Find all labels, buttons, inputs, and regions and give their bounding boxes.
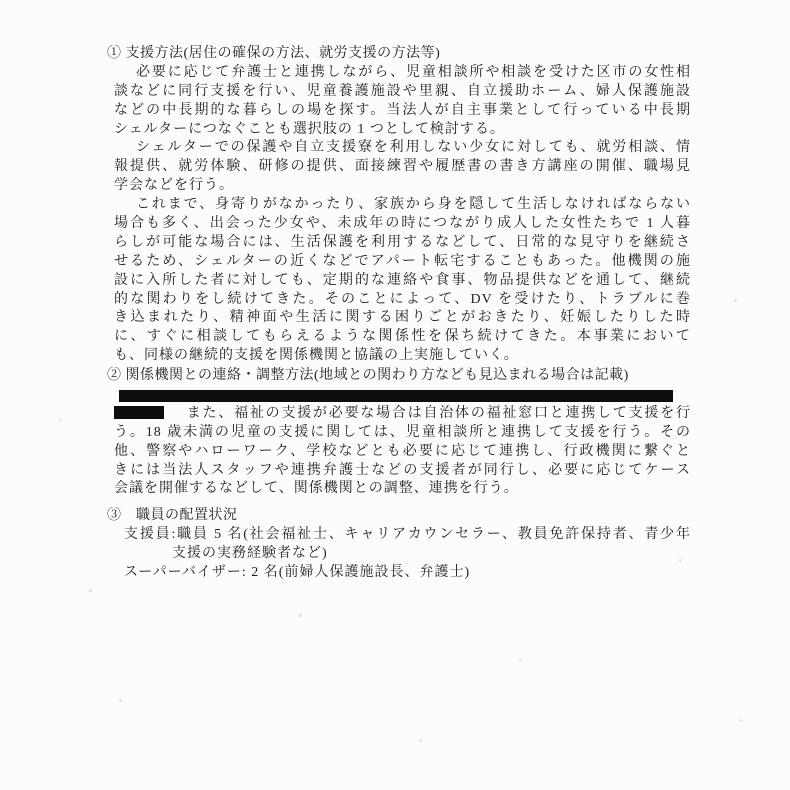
text-line: シェルターにつなぐことも選択肢の 1 つとして検討する。 bbox=[114, 121, 691, 140]
text-line: 談などに同行支援を行い、児童養護施設や里親、自立援助ホーム、婦人保護施設 bbox=[114, 83, 691, 102]
section-support-methods: ① 支援方法(居住の確保の方法、就労支援の方法等) 必要に応じて弁護士と連携しな… bbox=[114, 45, 691, 366]
section-3-heading: ③ 職員の配置状況 bbox=[107, 507, 691, 526]
redaction-bar-inline bbox=[114, 406, 164, 419]
text-line: きには当法人スタッフや連携弁護士などの支援者が同行し、必要に応じてケース bbox=[114, 462, 691, 481]
section-3-body: 支援員:職員 5 名(社会福祉士、キャリアカウンセラー、教員免許保持者、青少年支… bbox=[114, 526, 691, 583]
text-line: 会議を開催するなどして、関係機関との調整、連携を行う。 bbox=[114, 480, 691, 499]
text-line: 他、警察やハローワーク、学校などとも必要に応じて連携し、行政機関に繋ぐと bbox=[114, 443, 691, 462]
section-agency-coordination: ② 関係機関との連絡・調整方法(地域との関わり方なども見込まれる場合は記載) ま… bbox=[114, 367, 691, 499]
text-line: 支援の実務経験者など) bbox=[114, 545, 691, 564]
text-line: 的な関わりをし続けてきた。そのことによって、DV を受けたり、トラブルに巻 bbox=[114, 291, 691, 310]
section-staff-allocation: ③ 職員の配置状況 支援員:職員 5 名(社会福祉士、キャリアカウンセラー、教員… bbox=[114, 507, 691, 583]
text-line: などの中長期的な暮らしの場を探す。当法人が自主事業として行っている中長期 bbox=[114, 102, 691, 121]
text-line: も、同様の継続的支援を関係機関と協議の上実施していく。 bbox=[114, 347, 691, 366]
text-line: これまで、身寄りがなかったり、家族から身を隠して生活しなければならない bbox=[114, 196, 691, 215]
text-line: 学会などを行う。 bbox=[114, 177, 691, 196]
text-line: 報提供、就労体験、研修の提供、面接練習や履歴書の書き方講座の開催、職場見 bbox=[114, 158, 691, 177]
section-2-body: う。18 歳未満の児童の支援に関しては、児童相談所と連携して支援を行う。その他、… bbox=[114, 424, 691, 500]
text-line: シェルターでの保護や自立支援寮を利用しない少女に対しても、就労相談、情 bbox=[114, 139, 691, 158]
text-line: 設に入所した者に対しても、定期的な連絡や食事、物品提供などを通して、継続 bbox=[114, 272, 691, 291]
scan-noise-speckles bbox=[0, 0, 1, 1]
text-line: らしが可能な場合には、生活保護を利用するなどして、日常的な見守りを継続さ bbox=[114, 234, 691, 253]
section-1-heading: ① 支援方法(居住の確保の方法、就労支援の方法等) bbox=[107, 45, 691, 64]
redaction-bar-full bbox=[119, 390, 673, 402]
text-line: う。18 歳未満の児童の支援に関しては、児童相談所と連携して支援を行う。その bbox=[114, 424, 691, 443]
text-line: また、福祉の支援が必要な場合は自治体の福祉窓口と連携して支援を行 bbox=[186, 406, 691, 421]
section-1-body: 必要に応じて弁護士と連携しながら、児童相談所や相談を受けた区市の女性相談などに同… bbox=[114, 64, 691, 366]
text-line: スーパーバイザー: 2 名(前婦人保護施設長、弁護士) bbox=[114, 564, 691, 583]
text-line: 場合も多く、出会った少女や、未成年の時につながり成人した女性たちで 1 人暮 bbox=[114, 215, 691, 234]
redacted-line-row bbox=[114, 386, 691, 405]
text-line: せるため、シェルターの近くなどでアパート転宅することもあった。他機関の施 bbox=[114, 253, 691, 272]
partially-redacted-line: また、福祉の支援が必要な場合は自治体の福祉窓口と連携して支援を行 bbox=[114, 405, 691, 424]
section-2-heading: ② 関係機関との連絡・調整方法(地域との関わり方なども見込まれる場合は記載) bbox=[107, 367, 691, 386]
text-line: 必要に応じて弁護士と連携しながら、児童相談所や相談を受けた区市の女性相 bbox=[114, 64, 691, 83]
text-line: 支援員:職員 5 名(社会福祉士、キャリアカウンセラー、教員免許保持者、青少年 bbox=[114, 526, 691, 545]
text-line: に、すぐに相談してもらえるような関係性を保ち続けてきた。本事業において bbox=[114, 328, 691, 347]
scanned-document-page: ① 支援方法(居住の確保の方法、就労支援の方法等) 必要に応じて弁護士と連携しな… bbox=[0, 0, 790, 790]
document-text-area: ① 支援方法(居住の確保の方法、就労支援の方法等) 必要に応じて弁護士と連携しな… bbox=[114, 45, 691, 583]
text-line: き込まれたり、精神面や生活に関する困りごとがおきたり、妊娠したりした時 bbox=[114, 309, 691, 328]
